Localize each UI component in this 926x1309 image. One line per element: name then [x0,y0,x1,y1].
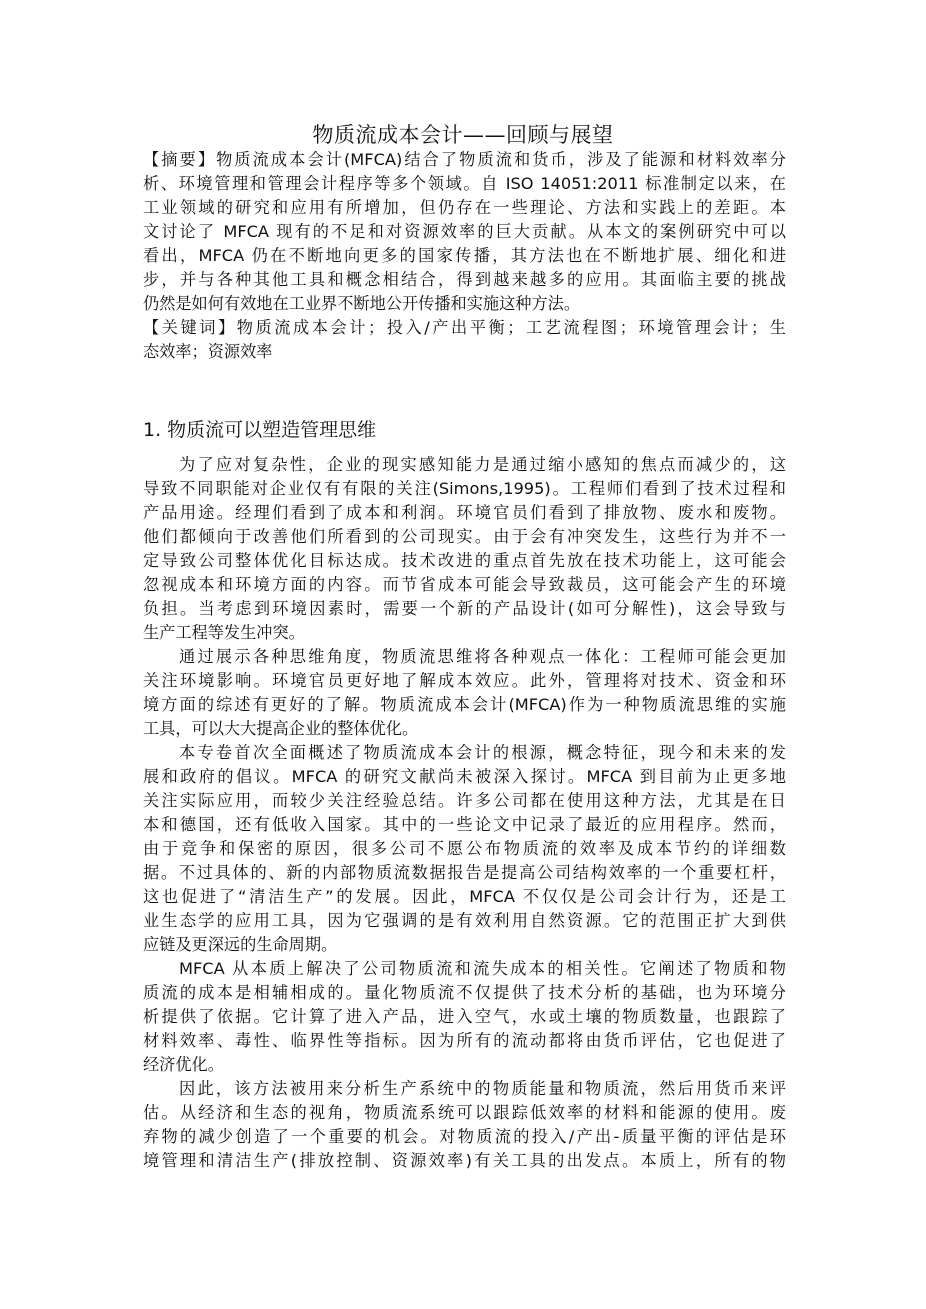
paragraph-line: 他们都倾向于改善他们所看到的公司现实。由于会有冲突发生，这些行为并不一 [143,525,786,549]
abstract-line: 【摘要】物质流成本会计(MFCA)结合了物质流和货币，涉及了能源和材料效率分 [143,148,786,172]
abstract-line: 仍然是如何有效地在工业界不断地公开传播和实施这种方法。 [143,292,786,316]
document-page: 物质流成本会计——回顾与展望 【摘要】物质流成本会计(MFCA)结合了物质流和货… [0,0,926,1309]
keywords-line: 态效率；资源效率 [143,340,786,364]
paragraph-line: 生产工程等发生冲突。 [143,621,786,645]
paragraph-line: 工具，可以大大提高企业的整体优化。 [143,717,786,741]
paragraph-line: 为了应对复杂性，企业的现实感知能力是通过缩小感知的焦点而减少的，这 [143,453,786,477]
paragraph-line: MFCA 从本质上解决了公司物质流和流失成本的相关性。它阐述了物质和物 [143,957,786,981]
abstract-line: 文讨论了 MFCA 现有的不足和对资源效率的巨大贡献。从本文的案例研究中可以 [143,220,786,244]
paragraph-line: 估。从经济和生态的视角，物质流系统可以跟踪低效率的材料和能源的使用。废 [143,1101,786,1125]
paragraph-line: 关注环境影响。环境官员更好地了解成本效应。此外，管理将对技术、资金和环 [143,669,786,693]
paragraph-line: 通过展示各种思维角度，物质流思维将各种观点一体化：工程师可能会更加 [143,645,786,669]
paragraph-line: 产品用途。经理们看到了成本和利润。环境官员们看到了排放物、废水和废物。 [143,501,786,525]
abstract-line: 看出，MFCA 仍在不断地向更多的国家传播，其方法也在不断地扩展、细化和进 [143,244,786,268]
paragraph-line: 业生态学的应用工具，因为它强调的是有效利用自然资源。它的范围正扩大到供 [143,909,786,933]
abstract: 【摘要】物质流成本会计(MFCA)结合了物质流和货币，涉及了能源和材料效率分 析… [143,148,786,316]
paragraph-line: 定导致公司整体优化目标达成。技术改进的重点首先放在技术功能上，这可能会 [143,549,786,573]
paragraph-line: 导致不同职能对企业仅有有限的关注(Simons,1995)。工程师们看到了技术过… [143,477,786,501]
section-heading: 1. 物质流可以塑造管理思维 [143,416,376,444]
paragraph-line: 材料效率、毒性、临界性等指标。因为所有的流动都将由货币评估，它也促进了 [143,1029,786,1053]
abstract-line: 步，并与各种其他工具和概念相结合，得到越来越多的应用。其面临主要的挑战 [143,268,786,292]
paragraph-line: 关注实际应用，而较少关注经验总结。许多公司都在使用这种方法，尤其是在日 [143,789,786,813]
paragraph-line: 经济优化。 [143,1053,786,1077]
paragraph-line: 质流的成本是相辅相成的。量化物质流不仅提供了技术分析的基础，也为环境分 [143,981,786,1005]
paragraph-line: 境方面的综述有更好的了解。物质流成本会计(MFCA)作为一种物质流思维的实施 [143,693,786,717]
paragraph-line: 这也促进了“清洁生产”的发展。因此，MFCA 不仅仅是公司会计行为，还是工 [143,885,786,909]
paragraph-line: 本专卷首次全面概述了物质流成本会计的根源，概念特征，现今和未来的发 [143,741,786,765]
paragraph-line: 弃物的减少创造了一个重要的机会。对物质流的投入/产出-质量平衡的评估是环 [143,1125,786,1149]
keywords-line: 【关键词】物质流成本会计；投入/产出平衡；工艺流程图；环境管理会计；生 [143,316,786,340]
paragraph-line: 析提供了依据。它计算了进入产品，进入空气，水或土壤的物质数量，也跟踪了 [143,1005,786,1029]
paragraph-line: 由于竞争和保密的原因，很多公司不愿公布物质流的效率及成本节约的详细数 [143,837,786,861]
paragraph-line: 负担。当考虑到环境因素时，需要一个新的产品设计(如可分解性)，这会导致与 [143,597,786,621]
keywords: 【关键词】物质流成本会计；投入/产出平衡；工艺流程图；环境管理会计；生 态效率；… [143,316,786,364]
paragraph-line: 应链及更深远的生命周期。 [143,933,786,957]
paragraph-line: 因此，该方法被用来分析生产系统中的物质能量和物质流，然后用货币来评 [143,1077,786,1101]
abstract-line: 工业领域的研究和应用有所增加，但仍存在一些理论、方法和实践上的差距。本 [143,196,786,220]
abstract-line: 析、环境管理和管理会计程序等多个领域。自 ISO 14051:2011 标准制定… [143,172,786,196]
paragraph-line: 本和德国，还有低收入国家。其中的一些论文中记录了最近的应用程序。然而， [143,813,786,837]
paragraph-line: 忽视成本和环境方面的内容。而节省成本可能会导致裁员，这可能会产生的环境 [143,573,786,597]
paragraph-line: 境管理和清洁生产(排放控制、资源效率)有关工具的出发点。本质上，所有的物 [143,1149,786,1173]
document-title: 物质流成本会计——回顾与展望 [0,121,926,149]
paragraph-line: 展和政府的倡议。MFCA 的研究文献尚未被深入探讨。MFCA 到目前为止更多地 [143,765,786,789]
paragraph-line: 据。不过具体的、新的内部物质流数据报告是提高公司结构效率的一个重要杠杆， [143,861,786,885]
body-text: 为了应对复杂性，企业的现实感知能力是通过缩小感知的焦点而减少的，这 导致不同职能… [143,453,786,1173]
